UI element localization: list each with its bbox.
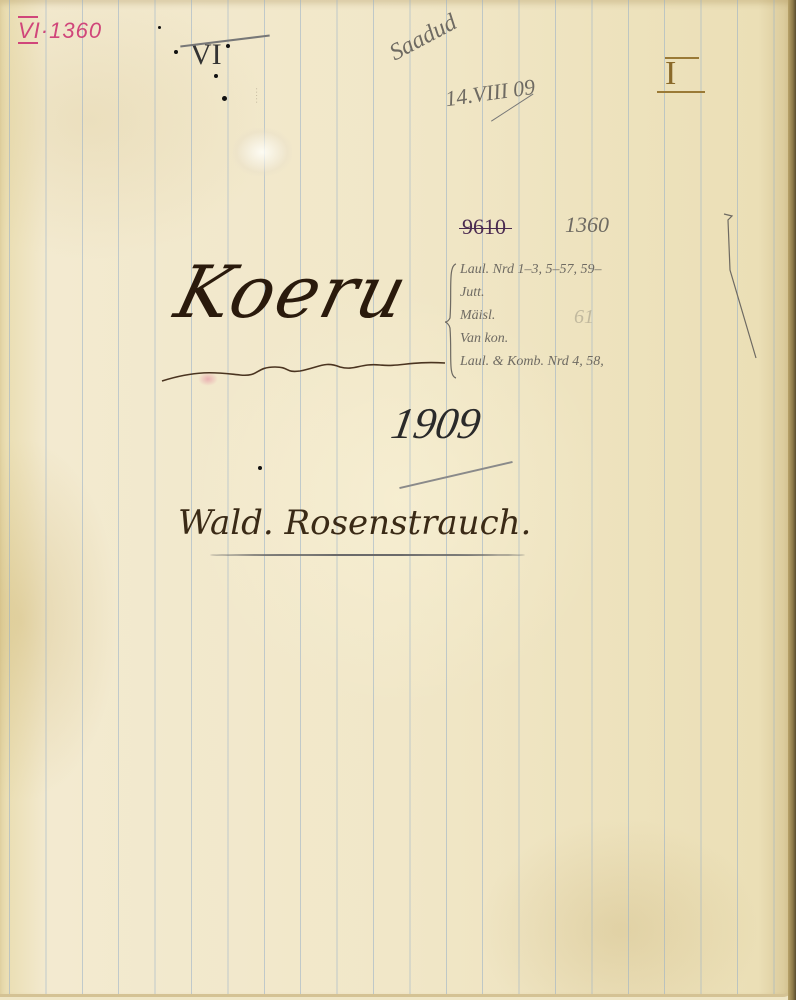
faded-pencil-number: 61	[574, 306, 594, 329]
punch-dot	[222, 96, 227, 101]
contents-item: Laul. Nrd 1–3, 5–57, 59–	[460, 258, 604, 281]
bleed-through-text: ·····	[251, 87, 262, 104]
margin-pencil-stroke	[722, 210, 762, 360]
punch-dot	[258, 466, 262, 470]
punch-dot	[158, 26, 161, 29]
collector-name: Wald. Rosenstrauch.	[178, 503, 531, 543]
year: 1909	[388, 398, 485, 449]
archive-reference-mark: VI·1360	[18, 18, 102, 44]
volume-number: VI	[190, 38, 222, 72]
punch-dot	[226, 44, 230, 48]
contents-item: Van kon.	[460, 327, 604, 350]
paper-damage	[232, 128, 292, 176]
old-catalog-number-struck: 9610	[462, 214, 506, 240]
part-number: I	[665, 55, 676, 93]
notebook-page	[0, 0, 793, 997]
name-underline	[210, 554, 525, 556]
page-edge	[788, 0, 796, 1000]
contents-brace	[444, 262, 458, 380]
collection-title: Koeru	[168, 250, 418, 334]
punch-dot	[174, 50, 178, 54]
catalog-number: 1360	[565, 212, 609, 238]
contents-item: Laul. & Komb. Nrd 4, 58,	[460, 350, 604, 373]
punch-dot	[214, 74, 218, 78]
title-flourish	[160, 355, 450, 385]
contents-item: Jutt.	[460, 281, 604, 304]
